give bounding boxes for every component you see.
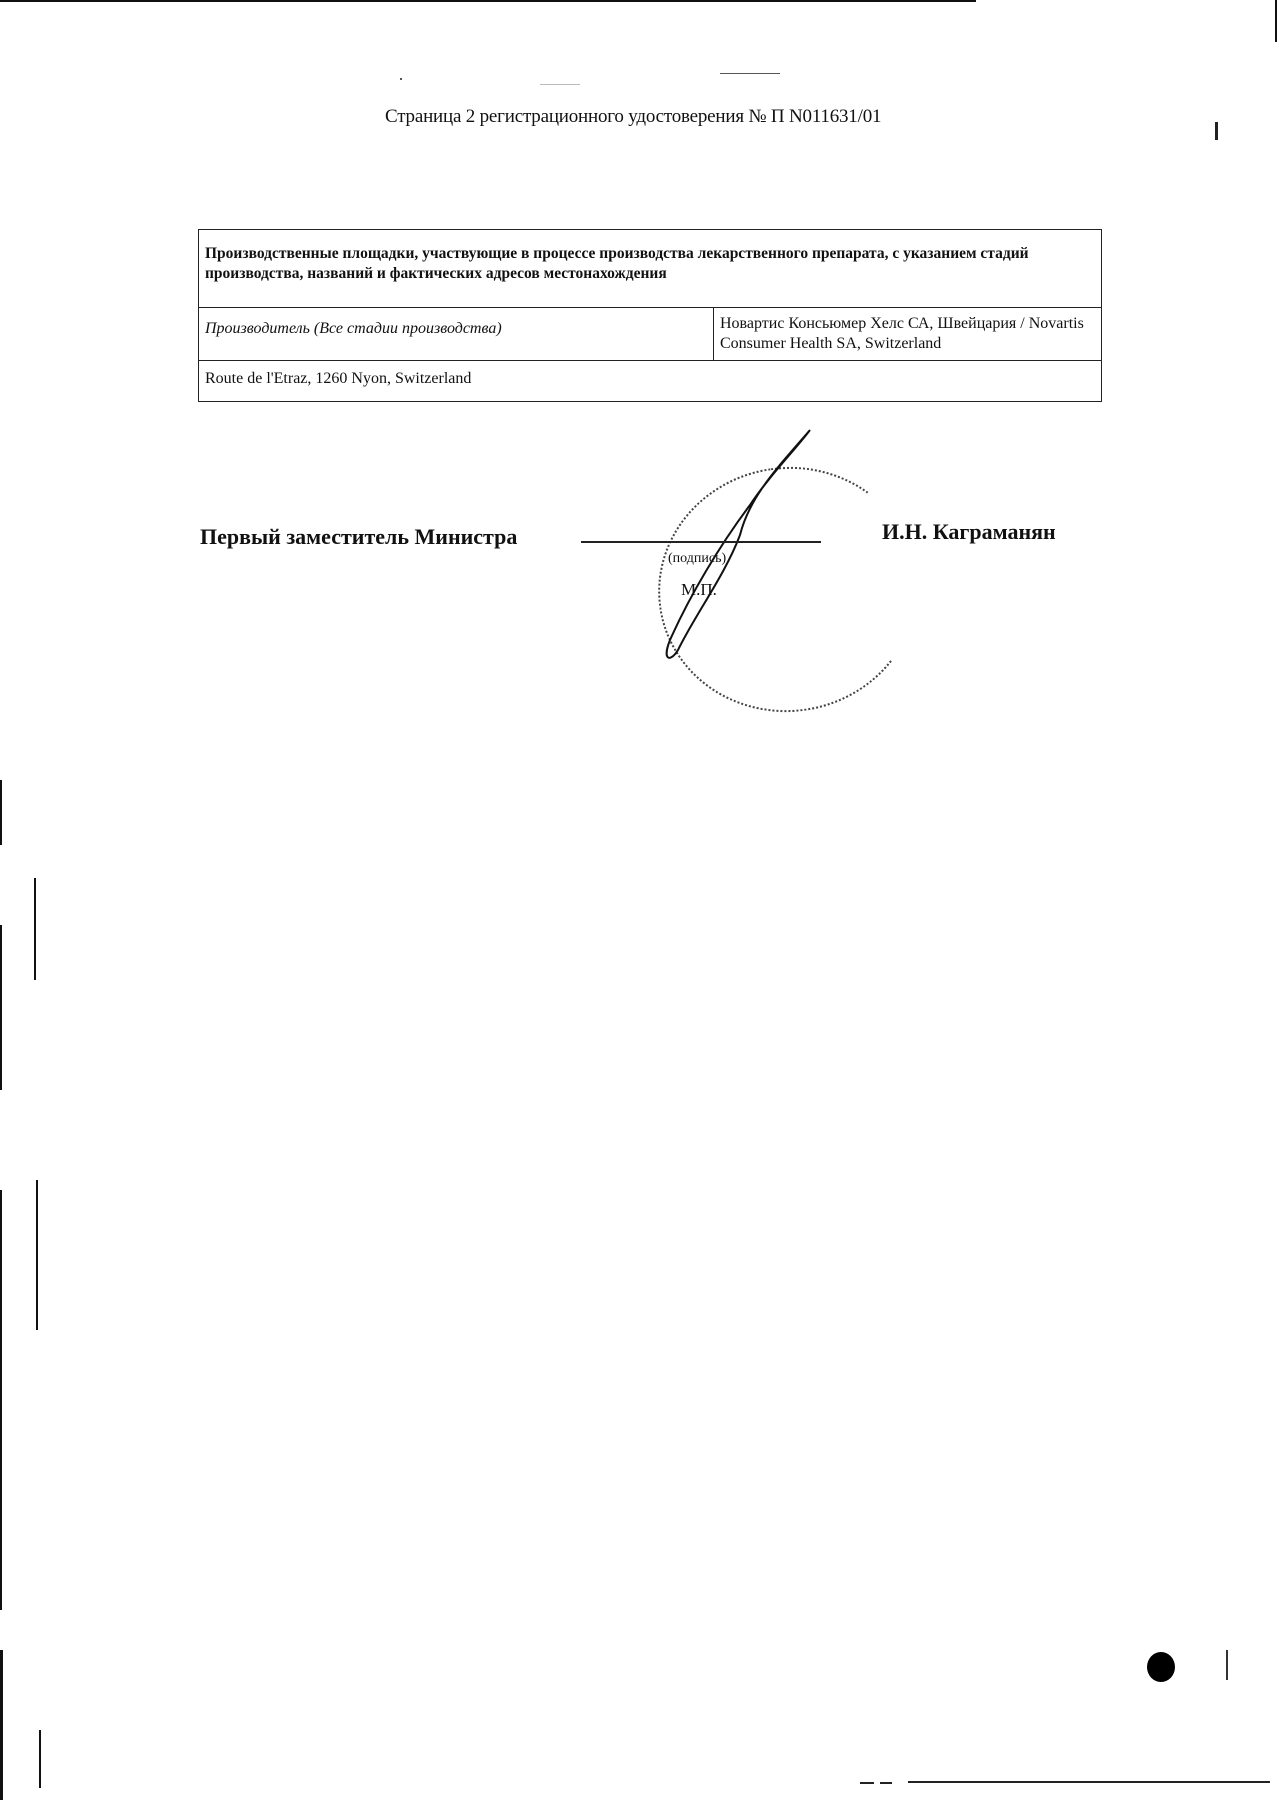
manufacturer-role: Производитель (Все стадии производства) <box>199 308 714 360</box>
ink-blot <box>1147 1652 1175 1682</box>
scan-noise <box>540 84 580 85</box>
scan-edge-bottom <box>860 1782 874 1784</box>
scan-edge-left <box>0 1650 3 1800</box>
scan-edge-top <box>0 0 976 2</box>
scan-edge-left <box>39 1730 41 1788</box>
handwritten-signature <box>600 425 830 665</box>
scan-noise <box>720 73 780 74</box>
scan-edge-right <box>1275 0 1277 42</box>
seal-caption: М.П. <box>681 580 717 600</box>
table-header-row: Производственные площадки, участвующие в… <box>199 230 1101 307</box>
page-heading: Страница 2 регистрационного удостоверени… <box>385 106 881 128</box>
manufacturer-address: Route de l'Etraz, 1260 Nyon, Switzerland <box>199 361 477 401</box>
scan-noise <box>1226 1650 1228 1680</box>
table-row: Route de l'Etraz, 1260 Nyon, Switzerland <box>199 360 1101 401</box>
table-row: Производитель (Все стадии производства) … <box>199 307 1101 360</box>
scan-noise <box>400 78 402 80</box>
manufacturing-sites-table: Производственные площадки, участвующие в… <box>198 229 1102 402</box>
scan-edge-left <box>0 780 2 845</box>
scan-edge-bottom <box>908 1781 1270 1783</box>
table-header: Производственные площадки, участвующие в… <box>199 230 1101 307</box>
manufacturer-company: Новартис Консьюмер Хелс СА, Швейцария / … <box>714 308 1101 360</box>
signature-caption: (подпись) <box>668 551 726 567</box>
signatory-name: И.Н. Каграманян <box>882 519 1056 545</box>
scan-edge-bottom <box>880 1782 892 1784</box>
scan-noise <box>1215 122 1218 140</box>
signatory-title: Первый заместитель Министра <box>200 524 517 550</box>
scan-edge-left <box>0 925 2 1090</box>
scan-edge-left <box>34 878 36 980</box>
scan-edge-left <box>0 1190 2 1610</box>
scan-edge-left <box>36 1180 38 1330</box>
signature-line <box>581 541 821 543</box>
